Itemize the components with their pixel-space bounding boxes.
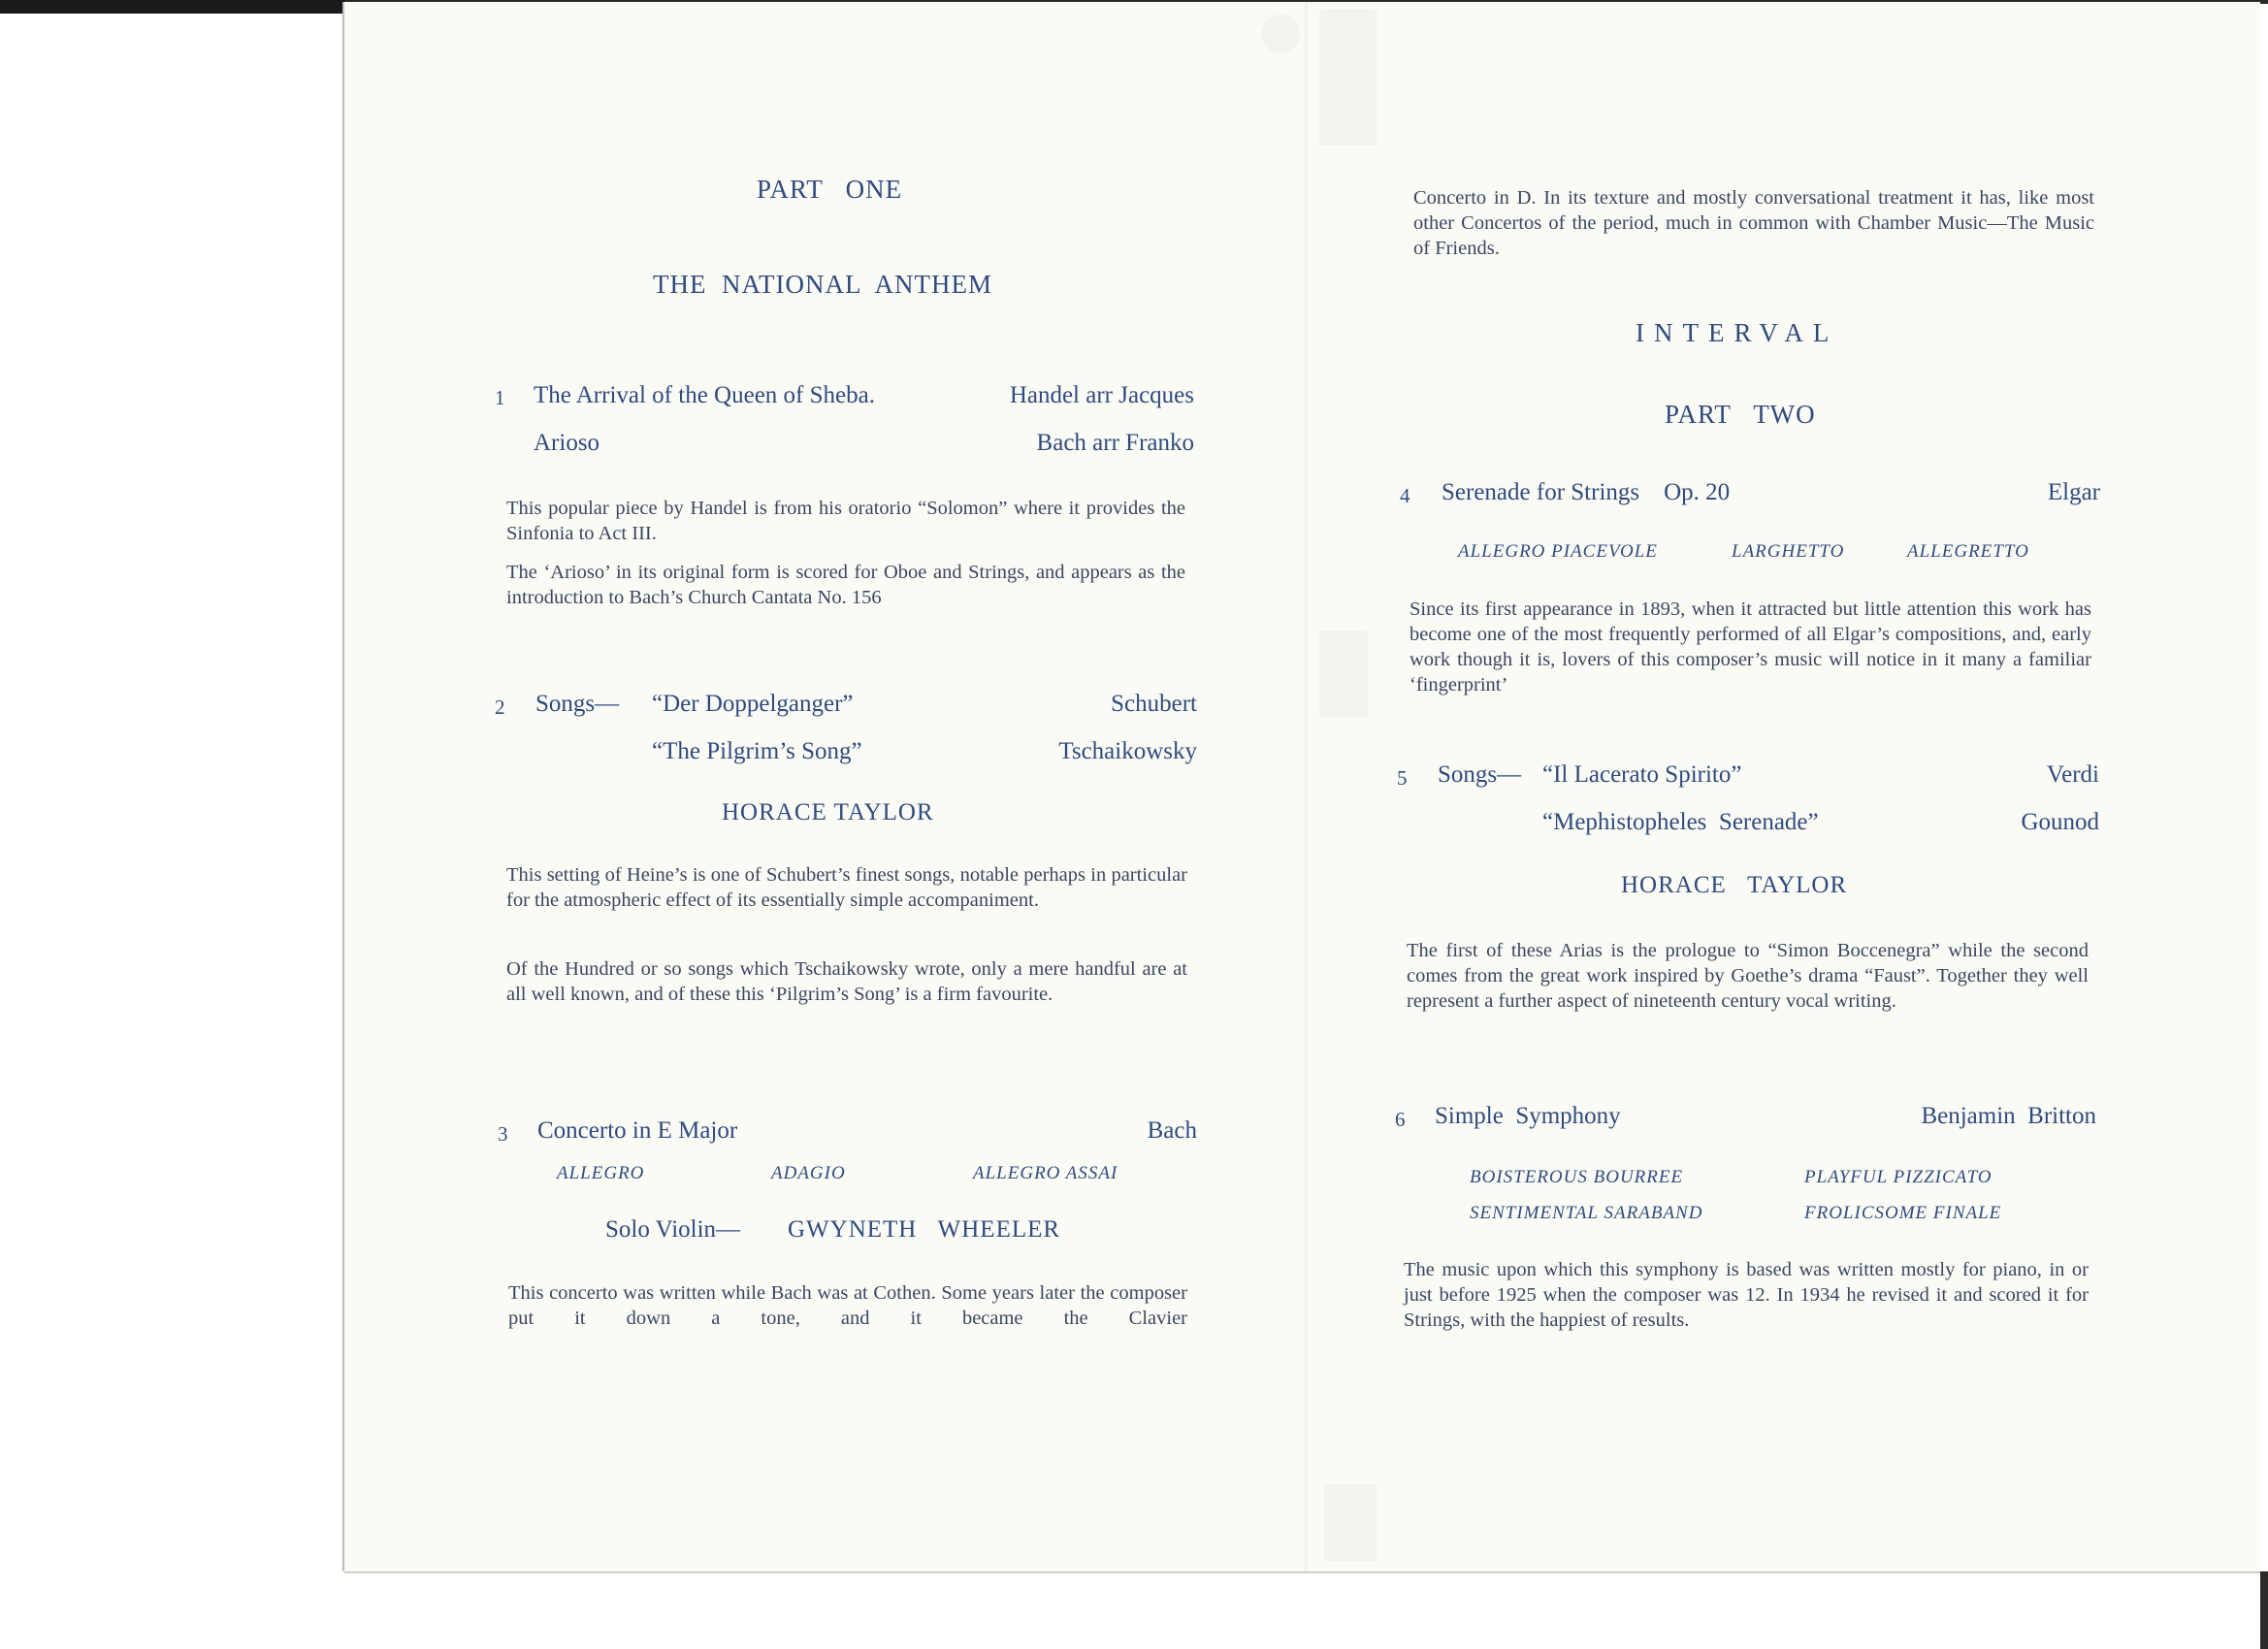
programme-note: Since its first appearance in 1893, when… bbox=[1409, 597, 2091, 697]
item-composer: Tschaikowsky bbox=[1058, 738, 1197, 765]
movement: BOISTEROUS BOURREE bbox=[1470, 1167, 1683, 1188]
item-title: “Der Doppelganger” bbox=[652, 691, 854, 718]
soloist-name: GWYNETH WHEELER bbox=[788, 1216, 1060, 1244]
scan-edge-right bbox=[2260, 1571, 2268, 1649]
part-two-heading: PART TWO bbox=[1665, 400, 1816, 430]
item-number: 4 bbox=[1400, 484, 1410, 508]
item-number: 2 bbox=[495, 695, 505, 720]
item-composer: Verdi bbox=[2047, 761, 2099, 789]
performer-name: HORACE TAYLOR bbox=[1621, 872, 1847, 899]
programme-note: Of the Hundred or so songs which Tschaik… bbox=[506, 956, 1187, 1007]
item-title: Concerto in E Major bbox=[537, 1117, 737, 1145]
show-through-mark bbox=[1324, 1484, 1377, 1562]
center-fold bbox=[1305, 2, 1308, 1571]
item-title: Arioso bbox=[534, 430, 599, 457]
item-composer: Schubert bbox=[1111, 691, 1197, 718]
movement: ALLEGRO PIACEVOLE bbox=[1458, 541, 1658, 563]
programme-note-continued: Concerto in D. In its texture and mostly… bbox=[1413, 185, 2094, 261]
programme-note: The ‘Arioso’ in its original form is sco… bbox=[506, 560, 1185, 610]
movement: ALLEGRO bbox=[557, 1163, 644, 1184]
movement: PLAYFUL PIZZICATO bbox=[1804, 1167, 1993, 1188]
item-composer: Benjamin Britton bbox=[1921, 1103, 2096, 1130]
programme-note: The music upon which this symphony is ba… bbox=[1404, 1257, 2089, 1333]
part-one-heading: PART ONE bbox=[757, 175, 902, 205]
item-number: 5 bbox=[1397, 766, 1408, 791]
item-composer: Elgar bbox=[2048, 479, 2100, 506]
programme-note: This concerto was written while Bach was… bbox=[508, 1280, 1187, 1331]
item-composer: Handel arr Jacques bbox=[1010, 382, 1194, 409]
item-number: 3 bbox=[498, 1122, 508, 1147]
performer-name: HORACE TAYLOR bbox=[722, 799, 934, 826]
national-anthem-heading: THE NATIONAL ANTHEM bbox=[653, 270, 992, 300]
show-through-mark bbox=[1319, 630, 1368, 718]
item-prefix: Songs— bbox=[535, 691, 619, 718]
programme-note: The first of these Arias is the prologue… bbox=[1407, 938, 2089, 1014]
movement: LARGHETTO bbox=[1732, 541, 1844, 563]
item-composer: Gounod bbox=[2021, 809, 2099, 836]
item-title: Simple Symphony bbox=[1435, 1103, 1621, 1130]
soloist-label: Solo Violin— bbox=[605, 1216, 740, 1244]
item-title: “Mephistopheles Serenade” bbox=[1542, 809, 1819, 836]
item-prefix: Songs— bbox=[1438, 761, 1521, 789]
item-number: 1 bbox=[495, 386, 505, 410]
interval-heading: INTERVAL bbox=[1636, 318, 1838, 348]
scan-edge-dark bbox=[0, 0, 349, 14]
movement: SENTIMENTAL SARABAND bbox=[1470, 1203, 1702, 1224]
item-title: “The Pilgrim’s Song” bbox=[652, 738, 862, 765]
item-title: “Il Lacerato Spirito” bbox=[1542, 761, 1741, 789]
movement: ADAGIO bbox=[771, 1163, 846, 1184]
item-composer: Bach arr Franko bbox=[1037, 430, 1194, 457]
show-through-mark bbox=[1261, 15, 1300, 53]
movement: ALLEGRO ASSAI bbox=[973, 1163, 1118, 1184]
programme-note: This setting of Heine’s is one of Schube… bbox=[506, 862, 1187, 913]
programme-note: This popular piece by Handel is from his… bbox=[506, 496, 1185, 546]
show-through-mark bbox=[1319, 10, 1377, 145]
movement: FROLICSOME FINALE bbox=[1804, 1203, 2001, 1224]
item-title: Serenade for Strings Op. 20 bbox=[1442, 479, 1730, 506]
movement: ALLEGRETTO bbox=[1907, 541, 2029, 563]
item-title: The Arrival of the Queen of Sheba. bbox=[534, 382, 875, 409]
item-composer: Bach bbox=[1148, 1117, 1197, 1145]
item-number: 6 bbox=[1395, 1108, 1406, 1132]
